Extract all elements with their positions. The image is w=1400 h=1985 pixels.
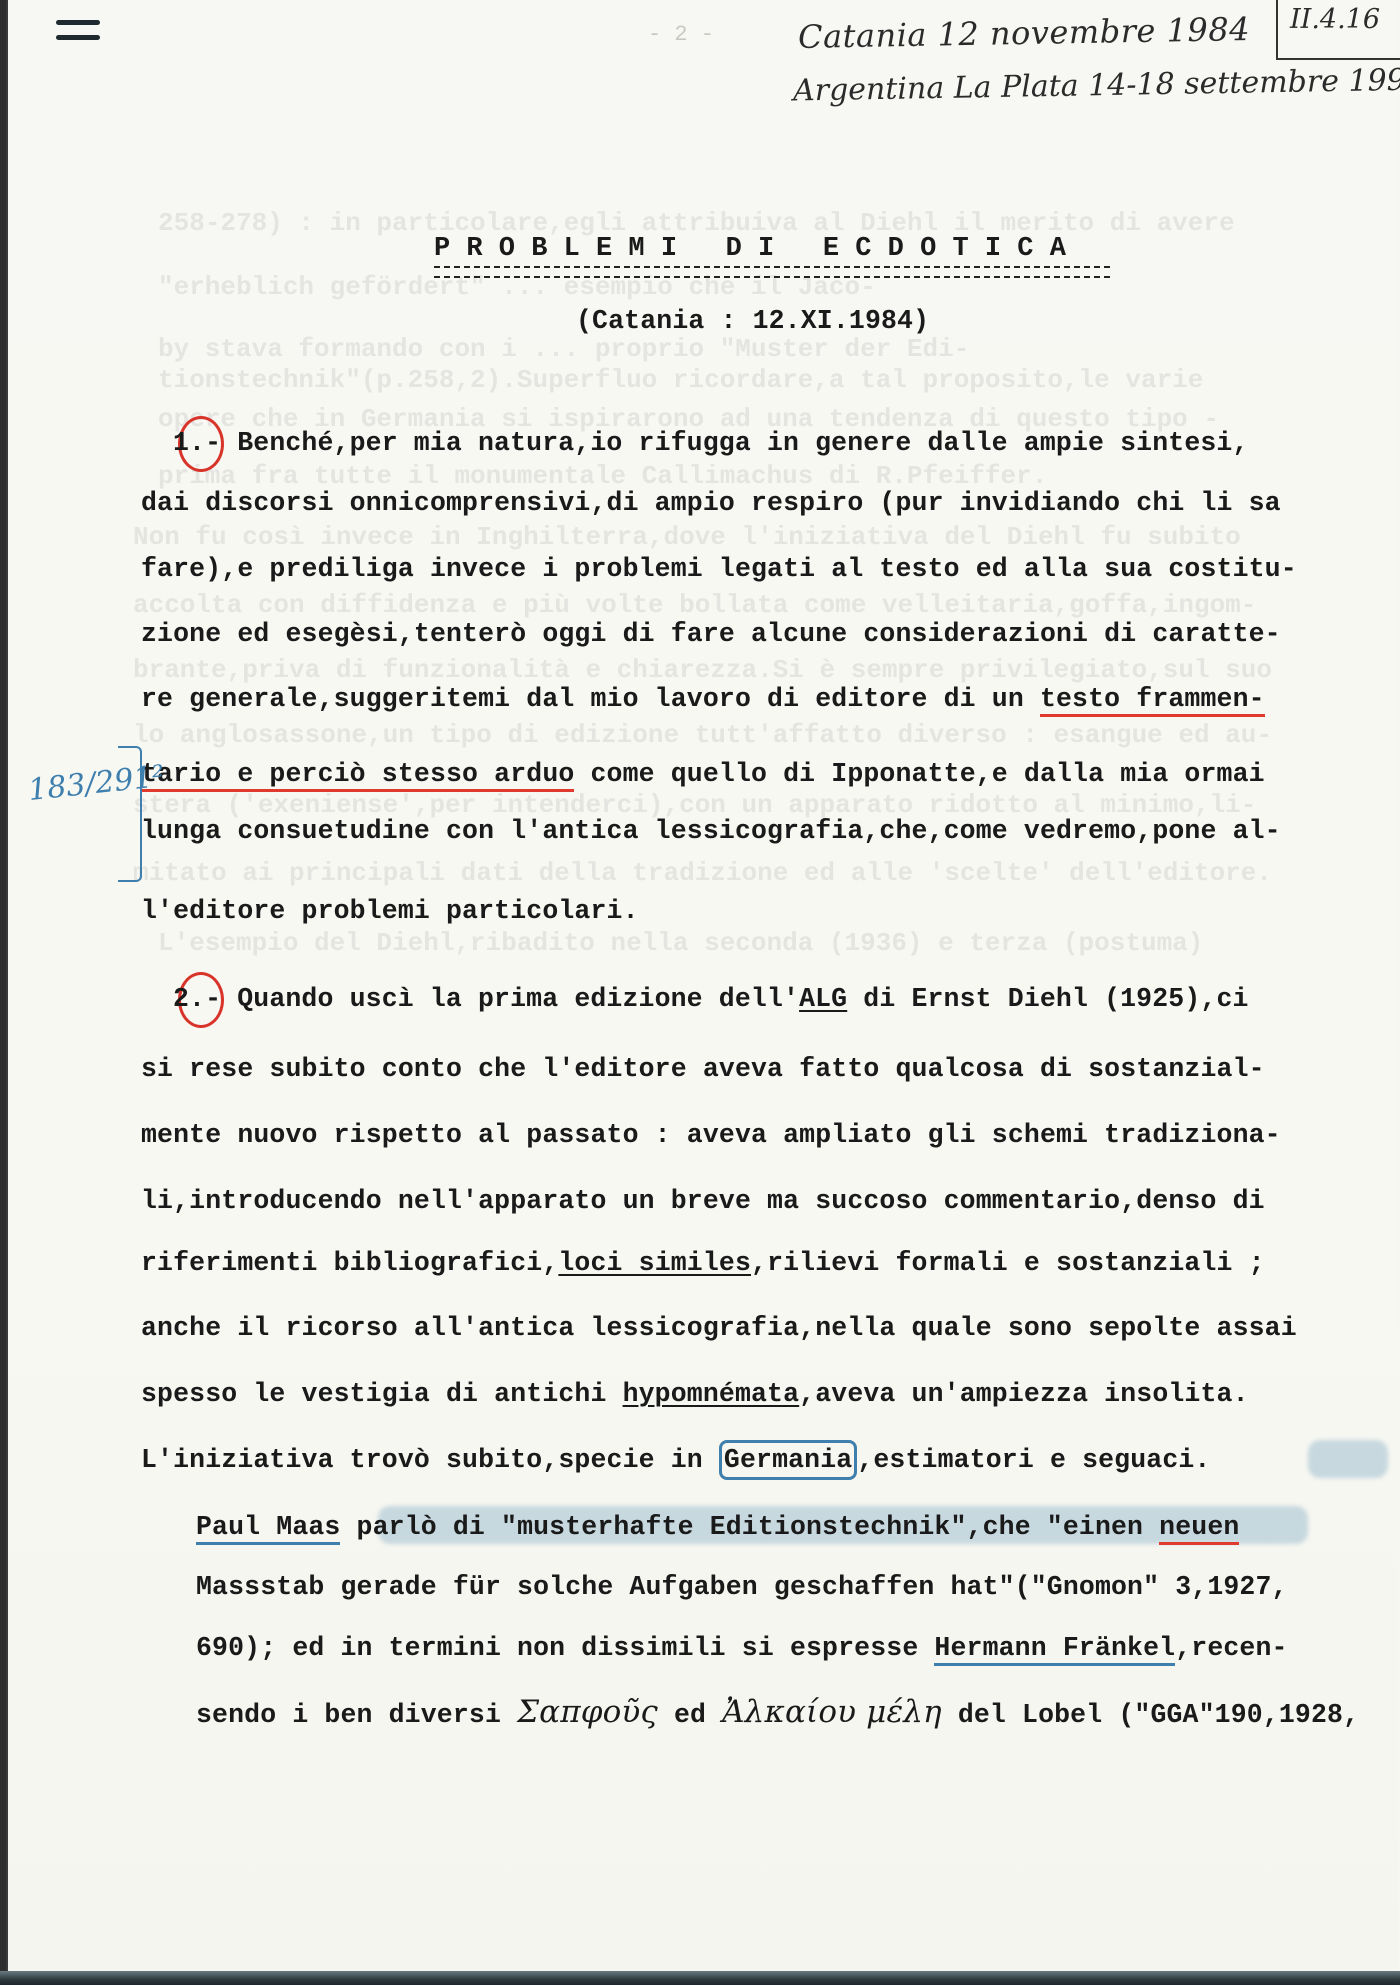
- greek-handwritten-word: Ἀλκαίου μέλη: [722, 1694, 942, 1730]
- handwritten-date-catania: Catania 12 novembre 1984: [798, 10, 1251, 56]
- archive-code: II.4.16: [1290, 4, 1380, 35]
- margin-annotation: 183/291²: [18, 736, 138, 876]
- archive-code-box: II.4.16: [1276, 0, 1400, 60]
- section1-line1: 1.- Benché,per mia natura,io rifugga in …: [173, 430, 1249, 457]
- margin-equals-mark: [56, 20, 100, 50]
- page-bottom-edge: [0, 1971, 1400, 1985]
- red-underlined-phrase: testo frammen-: [1040, 684, 1265, 717]
- section-number: 1.: [173, 428, 205, 458]
- section3-line1: Paul Maas parlò di "musterhafte Editions…: [196, 1514, 1239, 1541]
- section-number: 2.: [173, 984, 205, 1014]
- section2-line8: L'iniziativa trovò subito,specie in Germ…: [141, 1447, 1211, 1474]
- section2-line6: anche il ricorso all'antica lessicografi…: [141, 1315, 1297, 1342]
- document-subtitle: (Catania : 12.XI.1984): [576, 308, 929, 335]
- greek-handwritten-word: Σαπφοῦς: [517, 1694, 658, 1730]
- section2-line7: spesso le vestigia di antichi hypomnémat…: [141, 1381, 1249, 1408]
- section1-line6: tario e perciò stesso arduo come quello …: [141, 761, 1265, 788]
- section1-line3: fare),e prediliga invece i problemi lega…: [141, 556, 1297, 583]
- page-number: - 2 -: [648, 22, 714, 47]
- handwritten-date-la-plata: Argentina La Plata 14-18 settembre 1998: [793, 62, 1400, 108]
- section3-line3: 690); ed in termini non dissimili si esp…: [196, 1635, 1288, 1662]
- section1-line7: lunga consuetudine con l'antica lessicog…: [141, 818, 1281, 845]
- blue-ink-smudge: [1308, 1440, 1388, 1478]
- blue-bracket: [118, 746, 142, 882]
- section2-line3: mente nuovo rispetto al passato : aveva …: [141, 1122, 1281, 1149]
- blue-boxed-word: Germania: [719, 1440, 857, 1480]
- section1-line8: l'editore problemi particolari.: [141, 898, 639, 925]
- section2-line1: 2.- Quando uscì la prima edizione dell'A…: [173, 986, 1249, 1013]
- red-underlined-phrase: tario e perciò stesso arduo: [141, 759, 574, 792]
- document-title: P R O B L E M I D I E C D O T I C A: [434, 236, 1066, 263]
- section3-line2: Massstab gerade für solche Aufgaben gesc…: [196, 1574, 1288, 1601]
- section1-line4: zione ed esegèsi,tenterò oggi di fare al…: [141, 621, 1281, 648]
- section2-line4: li,introducendo nell'apparato un breve m…: [141, 1188, 1265, 1215]
- section1-line5: re generale,suggeritemi dal mio lavoro d…: [141, 686, 1265, 713]
- section2-line5: riferimenti bibliografici,loci similes,r…: [141, 1250, 1265, 1277]
- section1-line2: dai discorsi onnicomprensivi,di ampio re…: [141, 490, 1281, 517]
- section2-line2: si rese subito conto che l'editore aveva…: [141, 1056, 1265, 1083]
- title-double-rule: [434, 266, 1110, 278]
- section3-line4: sendo i ben diversi Σαπφοῦς ed Ἀλκαίου μ…: [196, 1697, 1359, 1729]
- document-page: 258-278) : in particolare,egli attribuiv…: [6, 0, 1398, 1972]
